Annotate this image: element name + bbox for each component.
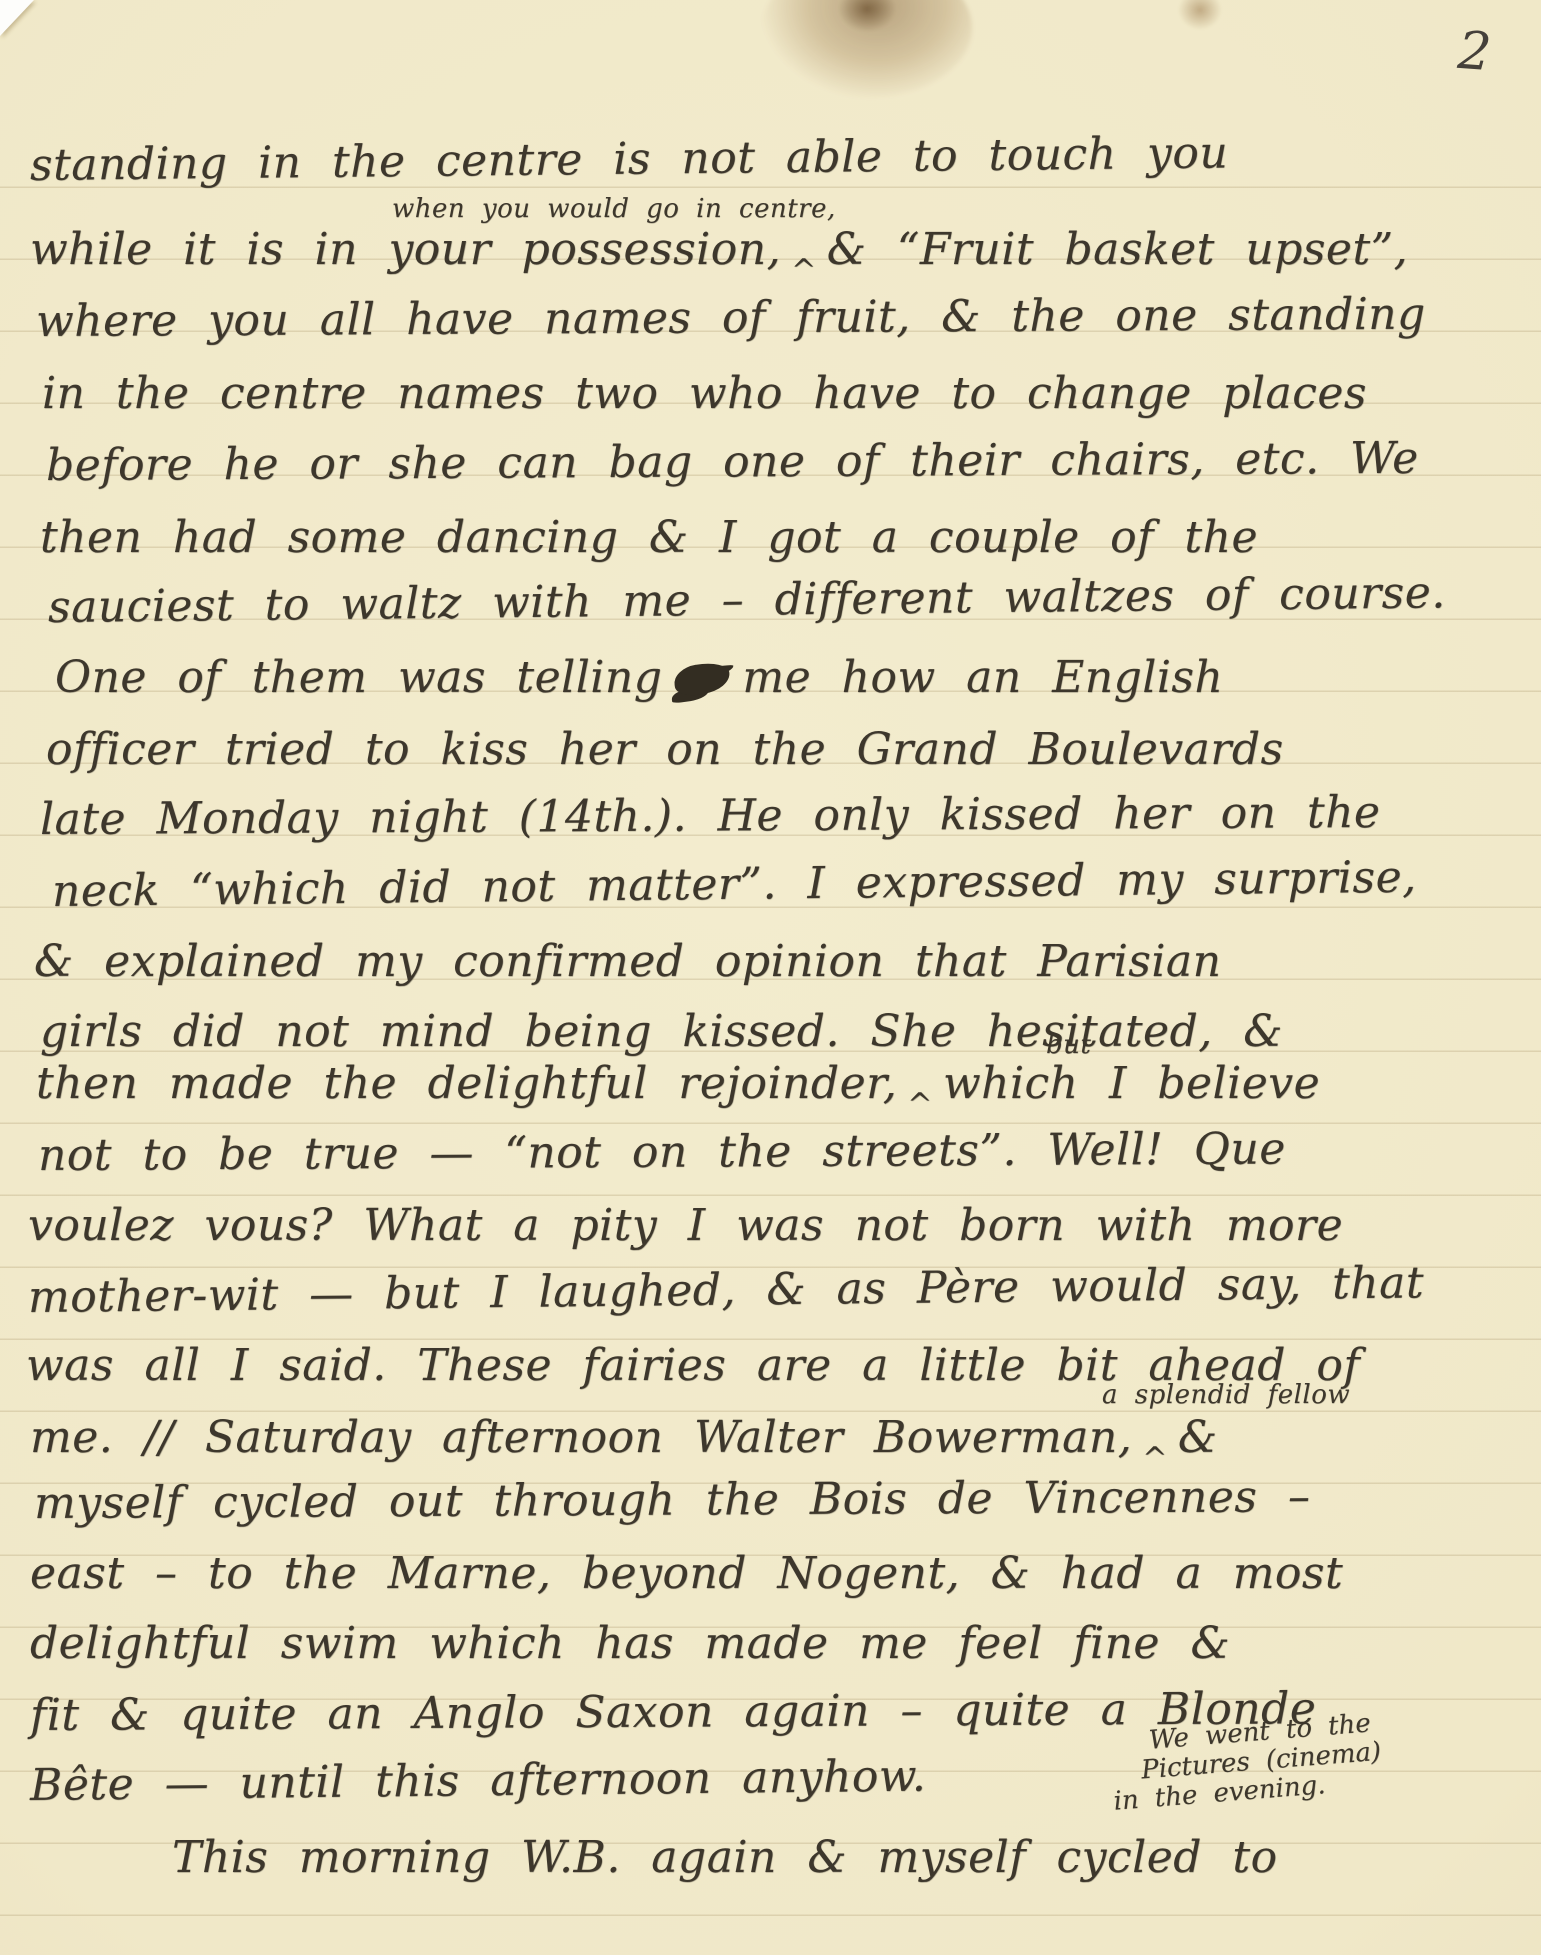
letter-line: & explained my confirmed opinion that Pa…: [34, 936, 1221, 987]
letter-line: One of them was tellingme how an English: [55, 652, 1223, 703]
interline-insertion-fellow: a splendid fellow: [1102, 1380, 1350, 1410]
letter-line: myself cycled out through the Bois de Vi…: [34, 1471, 1311, 1529]
letter-line-text: & “Fruit basket upset”,: [827, 224, 1408, 275]
letter-page: 2 standing in the centre is not able to …: [0, 0, 1541, 1955]
letter-line-text: then made the delightful rejoinder,: [36, 1058, 897, 1109]
letter-line: This morning W.B. again & myself cycled …: [172, 1832, 1278, 1883]
ink-stain-core: [838, 0, 896, 32]
letter-line: me. // Saturday afternoon Walter Bowerma…: [30, 1412, 1218, 1476]
letter-line: then had some dancing & I got a couple o…: [40, 512, 1258, 563]
letter-line: girls did not mind being kissed. She hes…: [40, 1006, 1283, 1057]
letter-line-text: me. // Saturday afternoon Walter Bowerma…: [30, 1412, 1132, 1463]
letter-line-text: One of them was telling: [55, 652, 662, 703]
interline-insertion-centre: when you would go in centre,: [392, 194, 836, 224]
letter-line: where you all have names of fruit, & the…: [36, 289, 1426, 347]
page-number: 2: [1456, 21, 1493, 83]
letter-line: sauciest to waltz with me – different wa…: [48, 567, 1446, 633]
letter-line: Bête — until this afternoon anyhow.: [30, 1751, 927, 1811]
interline-insertion-evening: We went to the Pictures (cinema) in the …: [1108, 1709, 1384, 1817]
letter-line: in the centre names two who have to chan…: [42, 368, 1367, 419]
ink-stain-top-right: [1178, 0, 1222, 30]
ink-blot: [672, 660, 732, 698]
letter-line: not to be true — “not on the streets”. W…: [38, 1123, 1286, 1181]
letter-line: delightful swim which has made me feel f…: [30, 1618, 1230, 1669]
corner-fold: [0, 0, 34, 36]
letter-line: officer tried to kiss her on the Grand B…: [46, 724, 1284, 775]
caret-mark: ^: [791, 253, 817, 288]
caret-mark: ^: [1142, 1441, 1168, 1476]
letter-line: late Monday night (14th.). He only kisse…: [40, 787, 1381, 845]
letter-line-text: which I believe: [943, 1058, 1320, 1109]
letter-line: east – to the Marne, beyond Nogent, & ha…: [30, 1548, 1343, 1599]
letter-line: voulez vous? What a pity I was not born …: [28, 1200, 1343, 1251]
letter-line-text: me how an English: [742, 652, 1223, 703]
caret-mark: ^: [907, 1087, 933, 1122]
letter-line-text: while it is in your possession,: [30, 224, 781, 275]
interline-insertion-but: but: [1046, 1030, 1091, 1060]
letter-line: while it is in your possession,^& “Fruit…: [30, 224, 1408, 288]
letter-line: neck “which did not matter”. I expressed…: [52, 852, 1417, 917]
letter-line: mother-wit — but I laughed, & as Père wo…: [28, 1257, 1425, 1323]
letter-line-text: &: [1178, 1412, 1218, 1463]
letter-line: standing in the centre is not able to to…: [30, 127, 1229, 191]
letter-line: then made the delightful rejoinder,^whic…: [36, 1058, 1320, 1122]
ink-stain-top-center: [762, 0, 972, 98]
letter-line: before he or she can bag one of their ch…: [46, 433, 1419, 491]
